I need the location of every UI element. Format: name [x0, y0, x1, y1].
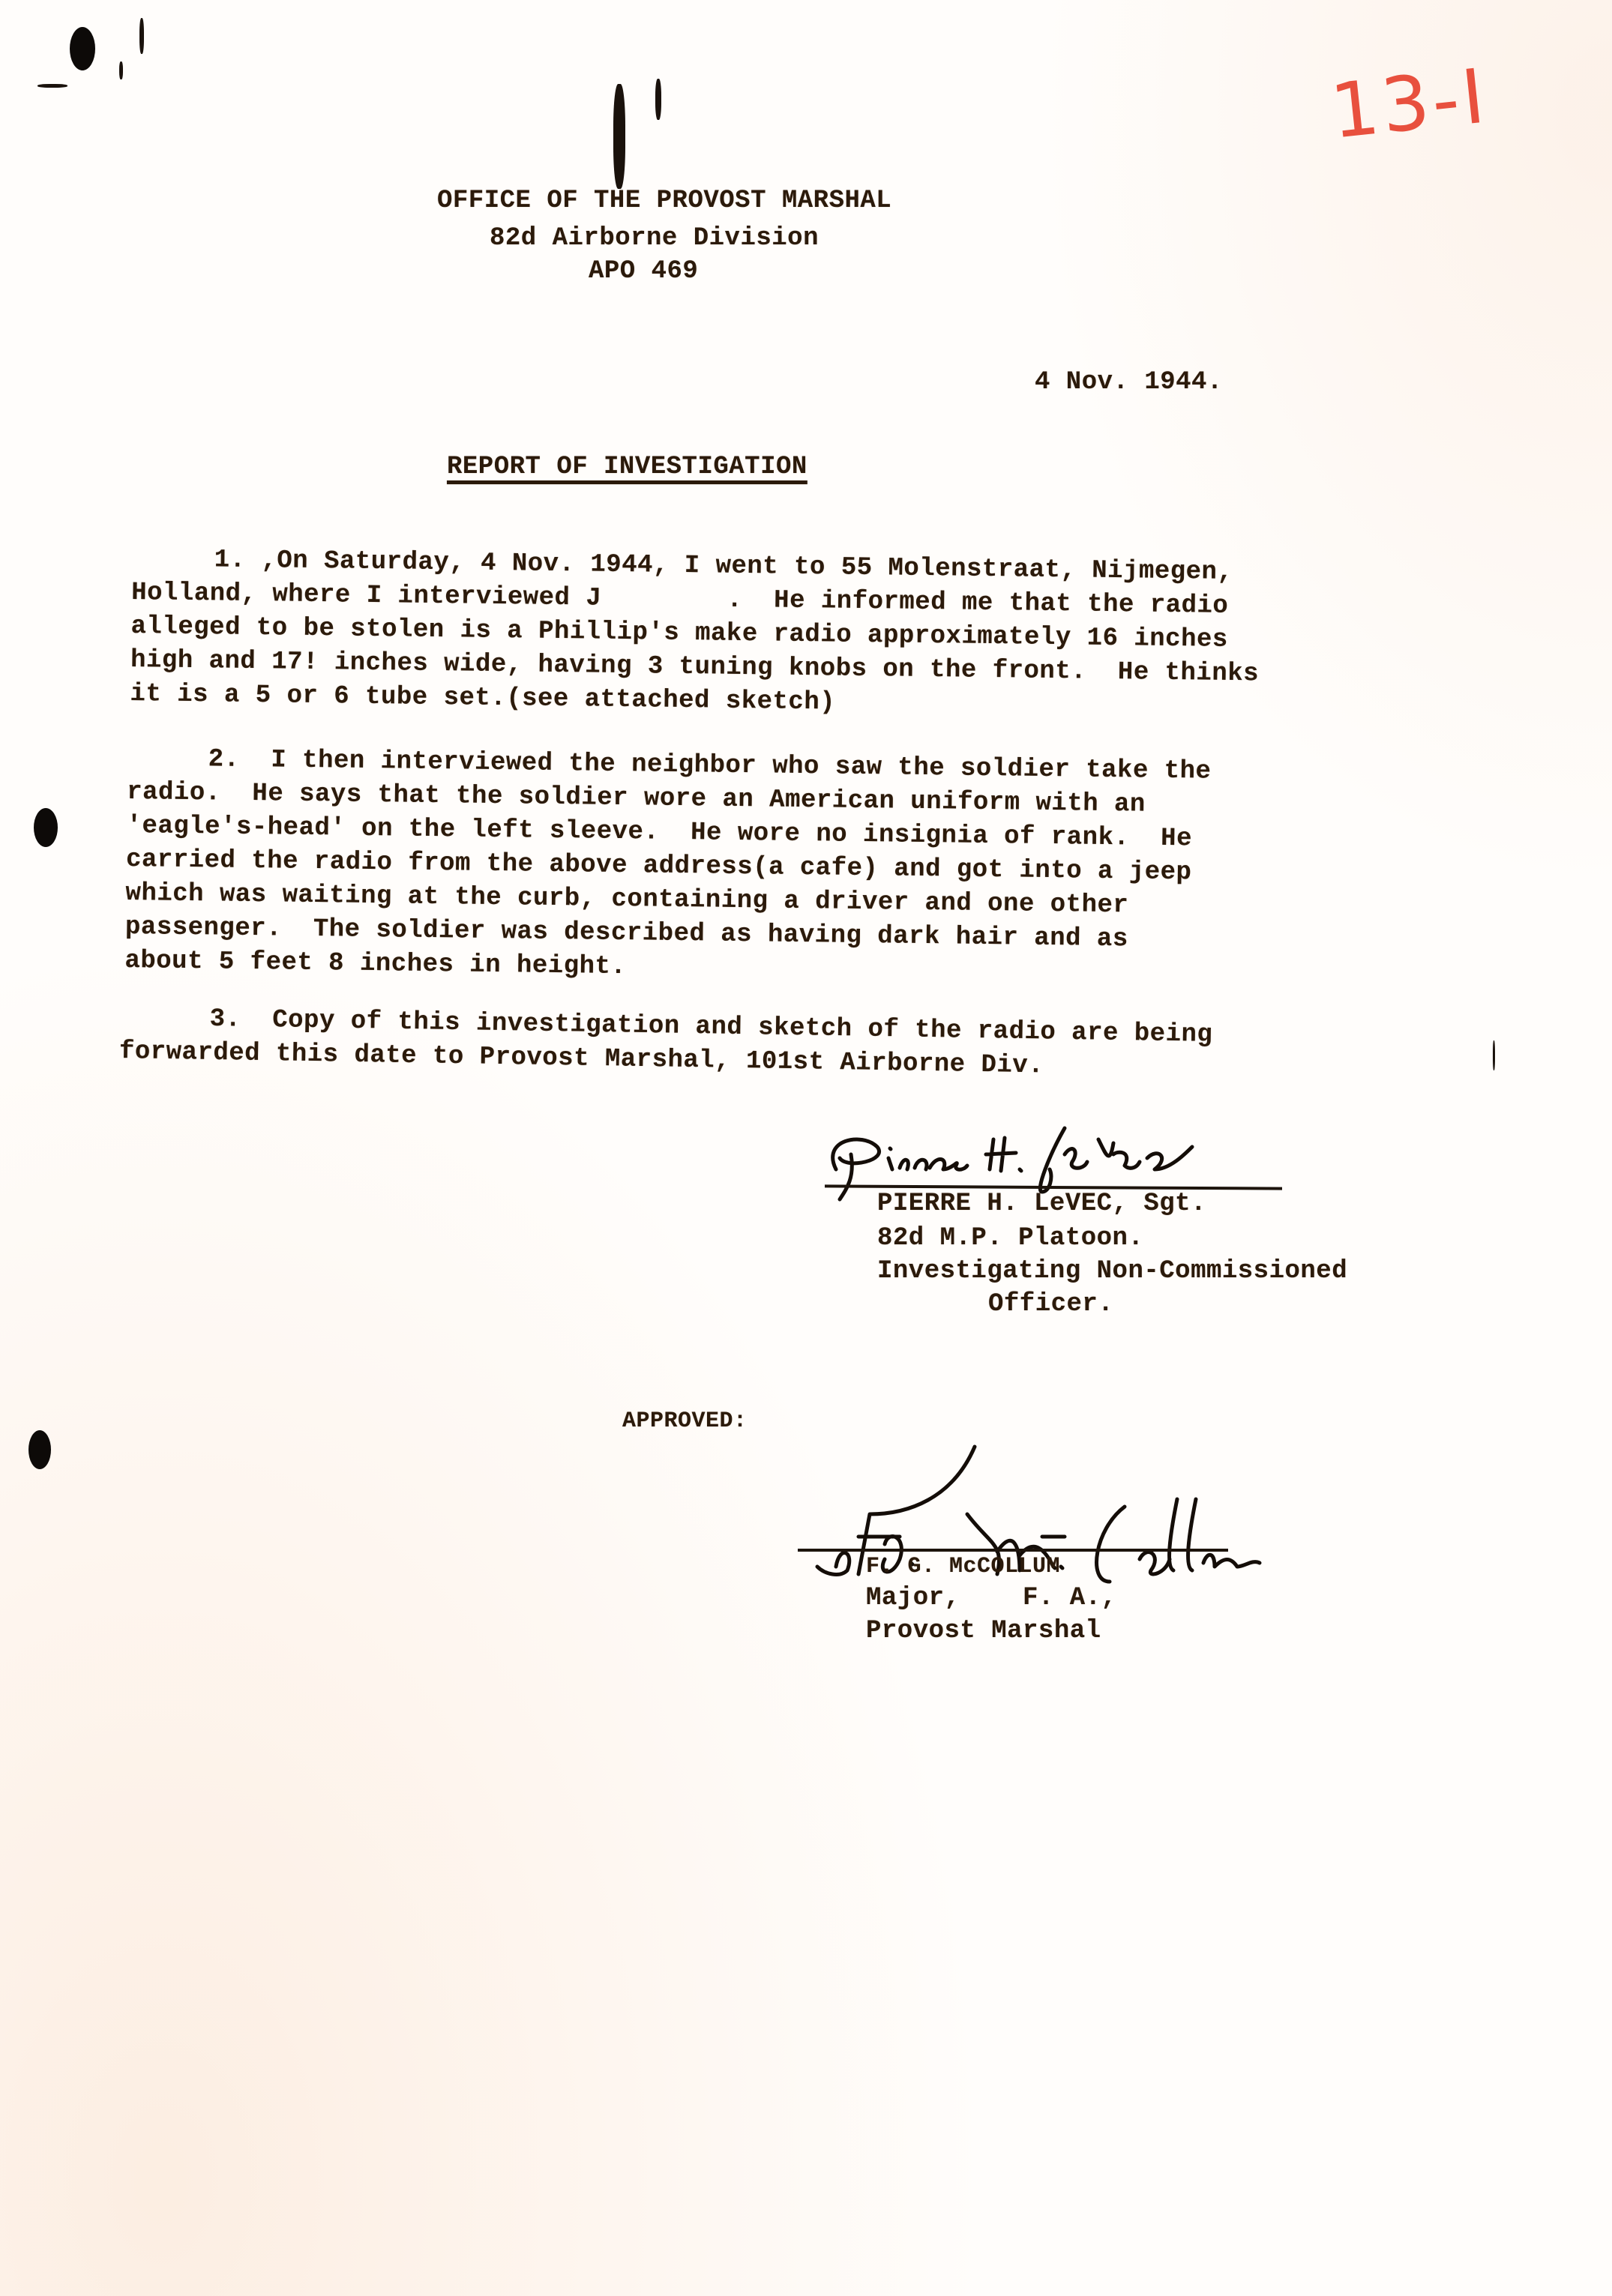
ink-smudge: [613, 84, 625, 189]
approver-rank: Major, F. A.,: [866, 1583, 1116, 1613]
paragraph-3: 3. Copy of this investigation and sketch…: [119, 1001, 1213, 1086]
ink-smudge: [37, 84, 67, 88]
letterhead-division: 82d Airborne Division: [490, 223, 819, 253]
punch-hole-top: [70, 27, 95, 70]
paper-background: [0, 0, 1612, 2296]
paragraph-1: 1. ,On Saturday, 4 Nov. 1944, I went to …: [130, 543, 1260, 725]
approver-name: F. G. McCOLLUM: [866, 1552, 1060, 1582]
letterhead-office: OFFICE OF THE PROVOST MARSHAL: [437, 186, 891, 216]
signer-role: Investigating Non-Commissioned: [877, 1256, 1347, 1286]
approved-label: APPROVED:: [622, 1406, 748, 1436]
punch-hole-bottom: [28, 1430, 51, 1469]
paragraph-2: 2. I then interviewed the neighbor who s…: [124, 742, 1212, 992]
signer-name: PIERRE H. LeVEC, Sgt.: [877, 1189, 1206, 1219]
signer-role-cont: Officer.: [988, 1289, 1113, 1319]
ink-smudge: [139, 18, 144, 54]
file-annotation: 13-I: [1326, 52, 1491, 155]
approver-title: Provost Marshal: [866, 1616, 1101, 1646]
letterhead-apo: APO 469: [589, 256, 698, 286]
punch-hole-middle: [34, 808, 58, 847]
ink-smudge: [1493, 1040, 1495, 1070]
signer-unit: 82d M.P. Platoon.: [877, 1223, 1143, 1253]
report-title: REPORT OF INVESTIGATION: [447, 453, 807, 481]
ink-smudge: [119, 61, 123, 79]
document-date: 4 Nov. 1944.: [1035, 367, 1223, 397]
ink-smudge: [655, 79, 661, 120]
